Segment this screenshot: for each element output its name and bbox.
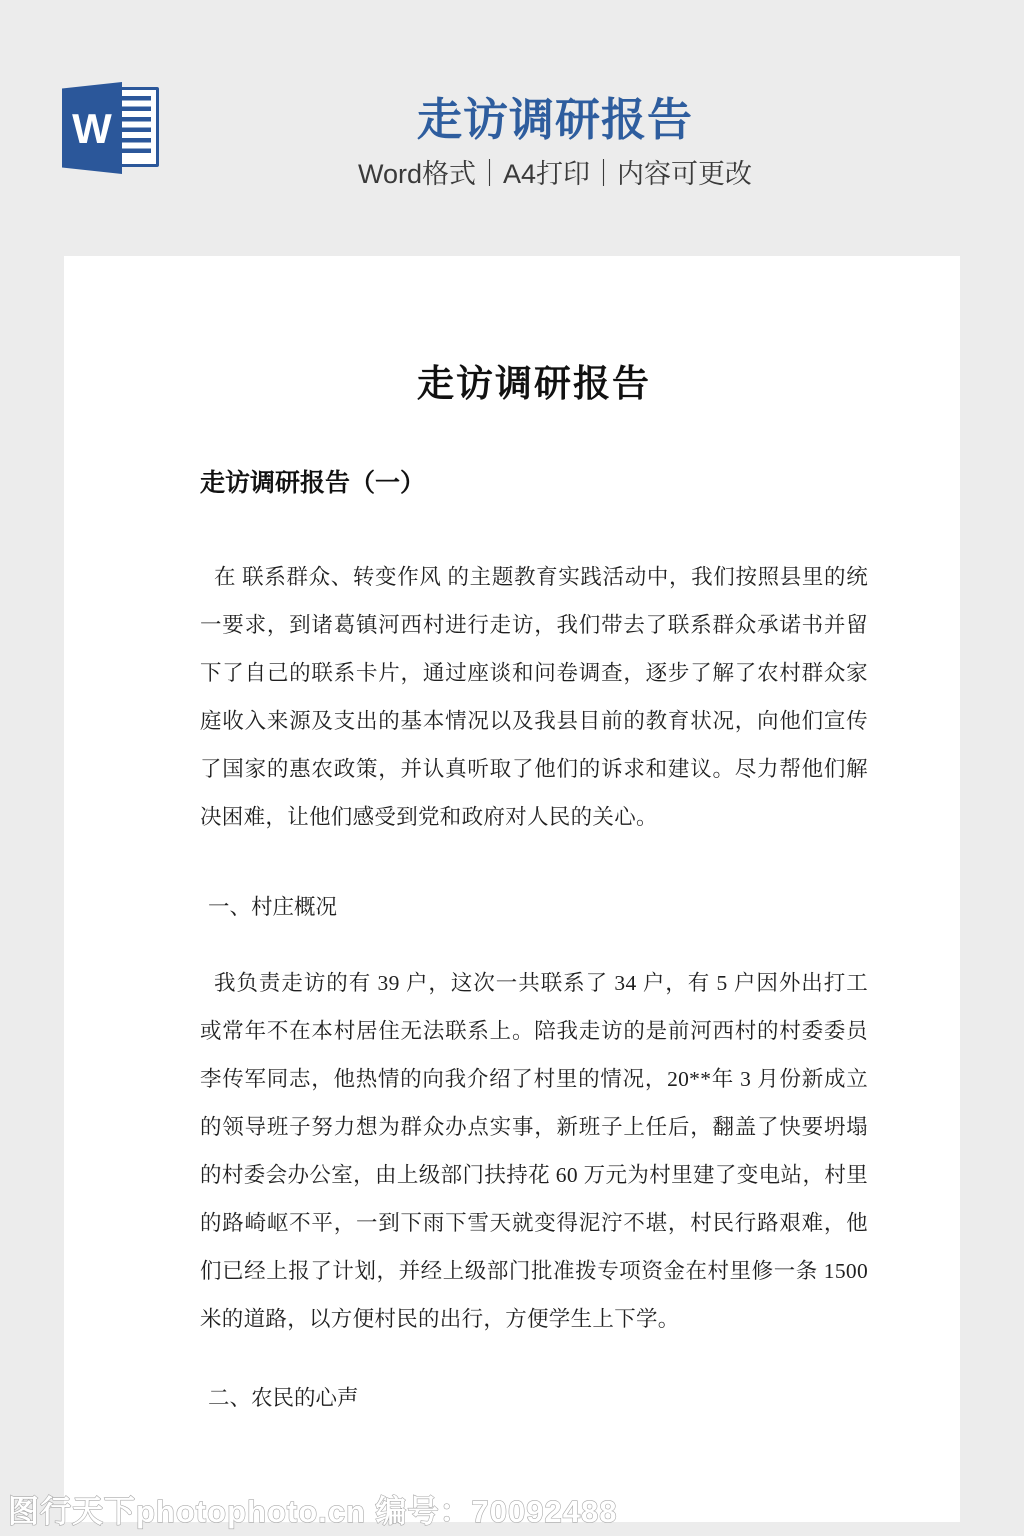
document-page-preview: 走访调研报告 走访调研报告（一） 在 联系群众、转变作风 的主题教育实践活动中，… (64, 256, 960, 1522)
template-header: W 走访调研报告 Word格式｜A4打印｜内容可更改 (0, 0, 1024, 256)
header-titles: 走访调研报告 Word格式｜A4打印｜内容可更改 (86, 0, 1024, 256)
document-subtitle-heading: 走访调研报告（一） (200, 466, 868, 500)
document-title: 走访调研报告 (200, 362, 868, 408)
document-content: 走访调研报告 走访调研报告（一） 在 联系群众、转变作风 的主题教育实践活动中，… (64, 362, 960, 1413)
site-watermark: 图行天下photophoto.cn 编号：70092488 (8, 1494, 617, 1530)
template-title: 走访调研报告 (86, 94, 1024, 146)
section-1-heading: 一、村庄概况 (200, 892, 868, 922)
template-format-subtitle: Word格式｜A4打印｜内容可更改 (86, 154, 1024, 194)
section-1-paragraph: 我负责走访的有 39 户，这次一共联系了 34 户，有 5 户因外出打工或常年不… (200, 959, 868, 1343)
intro-paragraph: 在 联系群众、转变作风 的主题教育实践活动中，我们按照县里的统一要求，到诸葛镇河… (200, 553, 868, 841)
section-2-heading: 二、农民的心声 (200, 1383, 868, 1413)
